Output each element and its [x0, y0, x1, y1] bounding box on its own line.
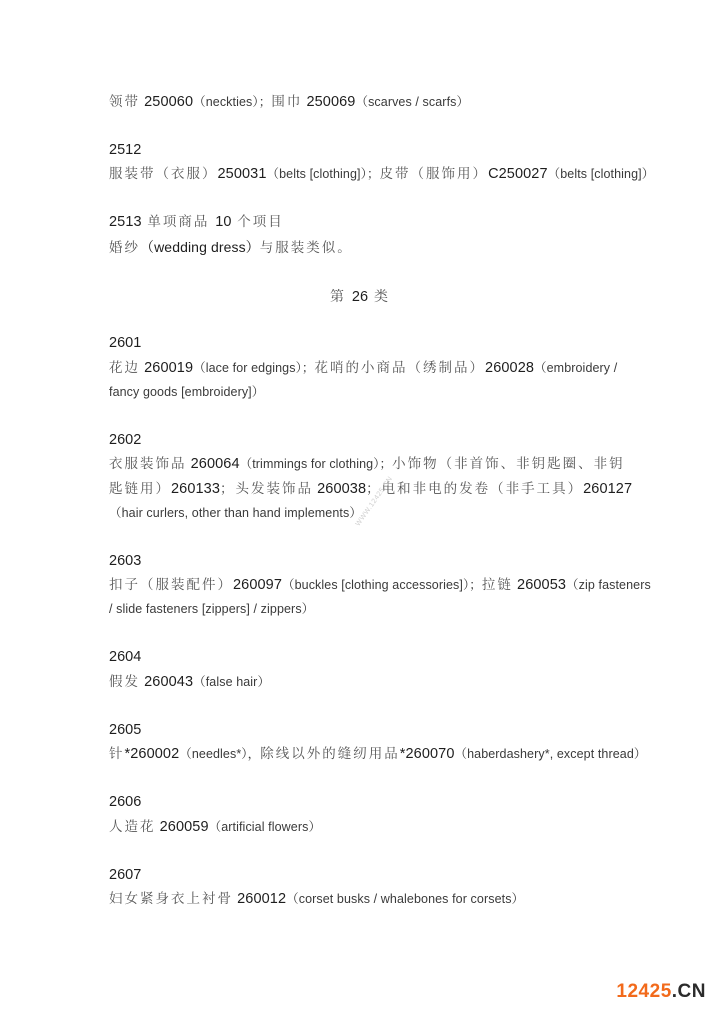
en-text: （artificial flowers） — [209, 820, 321, 834]
entry-line-2607: 妇女紧身衣上衬骨 260012（corset busks / whalebone… — [109, 890, 524, 908]
cn-text: 单项商品 — [142, 214, 216, 229]
cn-text: 匙链用） — [109, 481, 171, 496]
logo-number: 12425 — [616, 981, 671, 1002]
cn-text: 皮带（服饰用） — [380, 166, 489, 181]
site-logo[interactable]: 12425.CN — [616, 981, 706, 1003]
cn-text: 类 — [368, 288, 390, 304]
section-code-2512: 2512 — [109, 141, 141, 159]
en-text: （embroidery / — [534, 361, 617, 375]
cn-text: 扣子（服装配件） — [109, 577, 233, 592]
item-number: 260043 — [140, 674, 193, 690]
cn-text: 小饰物（非首饰、非钥匙圈、非钥 — [392, 456, 625, 471]
cn-text: 与服装类似。 — [260, 240, 353, 255]
section-header-2513: 2513 单项商品 10 个项目 — [109, 213, 284, 231]
entry-line-neckties: 领带 250060（neckties）；围巾 250069（scarves / … — [109, 93, 469, 111]
en-text: （wedding dress） — [140, 239, 260, 255]
entry-line-2604: 假发 260043（false hair） — [109, 673, 270, 691]
section-code-2606: 2606 — [109, 793, 141, 811]
cn-text: 领带 — [109, 94, 140, 109]
en-text: （trimmings for clothing）； — [240, 457, 393, 471]
cn-text: 服装带（衣服） — [109, 166, 218, 181]
cn-text: 衣服装饰品 — [109, 456, 187, 471]
class-number: 26 — [352, 289, 368, 305]
cn-text: 人造花 — [109, 819, 156, 834]
item-number: 260019 — [140, 360, 193, 376]
document-page: 领带 250060（neckties）；围巾 250069（scarves / … — [0, 0, 720, 1017]
entry-line-2602: 衣服装饰品 260064（trimmings for clothing）；小饰物… — [109, 455, 625, 473]
cn-text: 围巾 — [271, 94, 302, 109]
entry-line-2601-cont: fancy goods [embroidery]） — [109, 383, 264, 401]
entry-line-2603-cont: / slide fasteners [zippers] / zippers） — [109, 600, 314, 618]
item-number: 260053 — [513, 577, 566, 593]
entry-line-2603: 扣子（服装配件）260097（buckles [clothing accesso… — [109, 576, 651, 594]
entry-line-2601: 花边 260019（lace for edgings）；花哨的小商品（绣制品）2… — [109, 359, 617, 377]
en-text: （needles*）， — [179, 747, 260, 761]
item-number: C250027 — [488, 166, 548, 182]
cn-text: 拉链 — [482, 577, 513, 592]
en-text: （buckles [clothing accessories]）； — [282, 578, 482, 592]
cn-text: 头发装饰品 — [236, 481, 314, 496]
class-title: 第 26 类 — [0, 286, 720, 306]
item-number: *260070 — [400, 746, 455, 762]
en-text: （scarves / scarfs） — [355, 95, 469, 109]
section-code-2602: 2602 — [109, 431, 141, 449]
item-number: 260064 — [187, 456, 240, 472]
item-number: 260038 — [313, 481, 366, 497]
item-number: 250031 — [218, 166, 267, 182]
item-number: 250069 — [302, 94, 355, 110]
separator: ； — [220, 481, 236, 496]
section-code-2604: 2604 — [109, 648, 141, 666]
en-text: （haberdashery*, except thread） — [454, 747, 646, 761]
entry-line-2602-cont: 匙链用）260133；头发装饰品 260038；电和非电的发卷（非手工具）260… — [109, 480, 632, 498]
item-number: 260133 — [171, 481, 220, 497]
en-text: （corset busks / whalebones for corsets） — [286, 892, 524, 906]
item-count: 10 — [215, 214, 231, 230]
item-number: 260012 — [233, 891, 286, 907]
item-number: 260059 — [156, 819, 209, 835]
en-text: （lace for edgings）； — [193, 361, 314, 375]
entry-line-2606: 人造花 260059（artificial flowers） — [109, 818, 321, 836]
en-text: （belts [clothing]） — [548, 167, 655, 181]
cn-text: 除线以外的缝纫用品 — [260, 746, 400, 761]
cn-text: 假发 — [109, 674, 140, 689]
section-code-2605: 2605 — [109, 721, 141, 739]
section-code-2601: 2601 — [109, 334, 141, 352]
cn-text: 电和非电的发卷（非手工具） — [382, 481, 584, 496]
cn-text: 个项目 — [232, 214, 284, 229]
cn-text: 第 — [330, 288, 352, 304]
entry-line-2602-cont2: （hair curlers, other than hand implement… — [109, 504, 362, 522]
entry-line-2513: 婚纱（wedding dress）与服装类似。 — [109, 238, 353, 257]
section-code-2607: 2607 — [109, 866, 141, 884]
item-number: 250060 — [140, 94, 193, 110]
cn-text: 妇女紧身衣上衬骨 — [109, 891, 233, 906]
en-text: （neckties）； — [193, 95, 271, 109]
en-text: （belts [clothing]）； — [267, 167, 380, 181]
entry-line-2605: 针*260002（needles*），除线以外的缝纫用品*260070（habe… — [109, 745, 646, 763]
section-code: 2513 — [109, 214, 142, 230]
cn-text: 花哨的小商品（绣制品） — [315, 360, 486, 375]
en-text: （zip fasteners — [566, 578, 651, 592]
item-number: 260127 — [583, 481, 632, 497]
en-text: fancy goods [embroidery]） — [109, 385, 264, 399]
entry-line-2512: 服装带（衣服）250031（belts [clothing]）；皮带（服饰用）C… — [109, 165, 654, 183]
en-text: / slide fasteners [zippers] / zippers） — [109, 602, 314, 616]
section-code-2603: 2603 — [109, 552, 141, 570]
item-number: *260002 — [125, 746, 180, 762]
cn-text: 婚纱 — [109, 240, 140, 255]
en-text: （false hair） — [193, 675, 270, 689]
item-number: 260097 — [233, 577, 282, 593]
cn-text: 针 — [109, 746, 125, 761]
cn-text: 花边 — [109, 360, 140, 375]
item-number: 260028 — [485, 360, 534, 376]
en-text: （hair curlers, other than hand implement… — [109, 506, 362, 520]
logo-tld: .CN — [672, 981, 706, 1002]
